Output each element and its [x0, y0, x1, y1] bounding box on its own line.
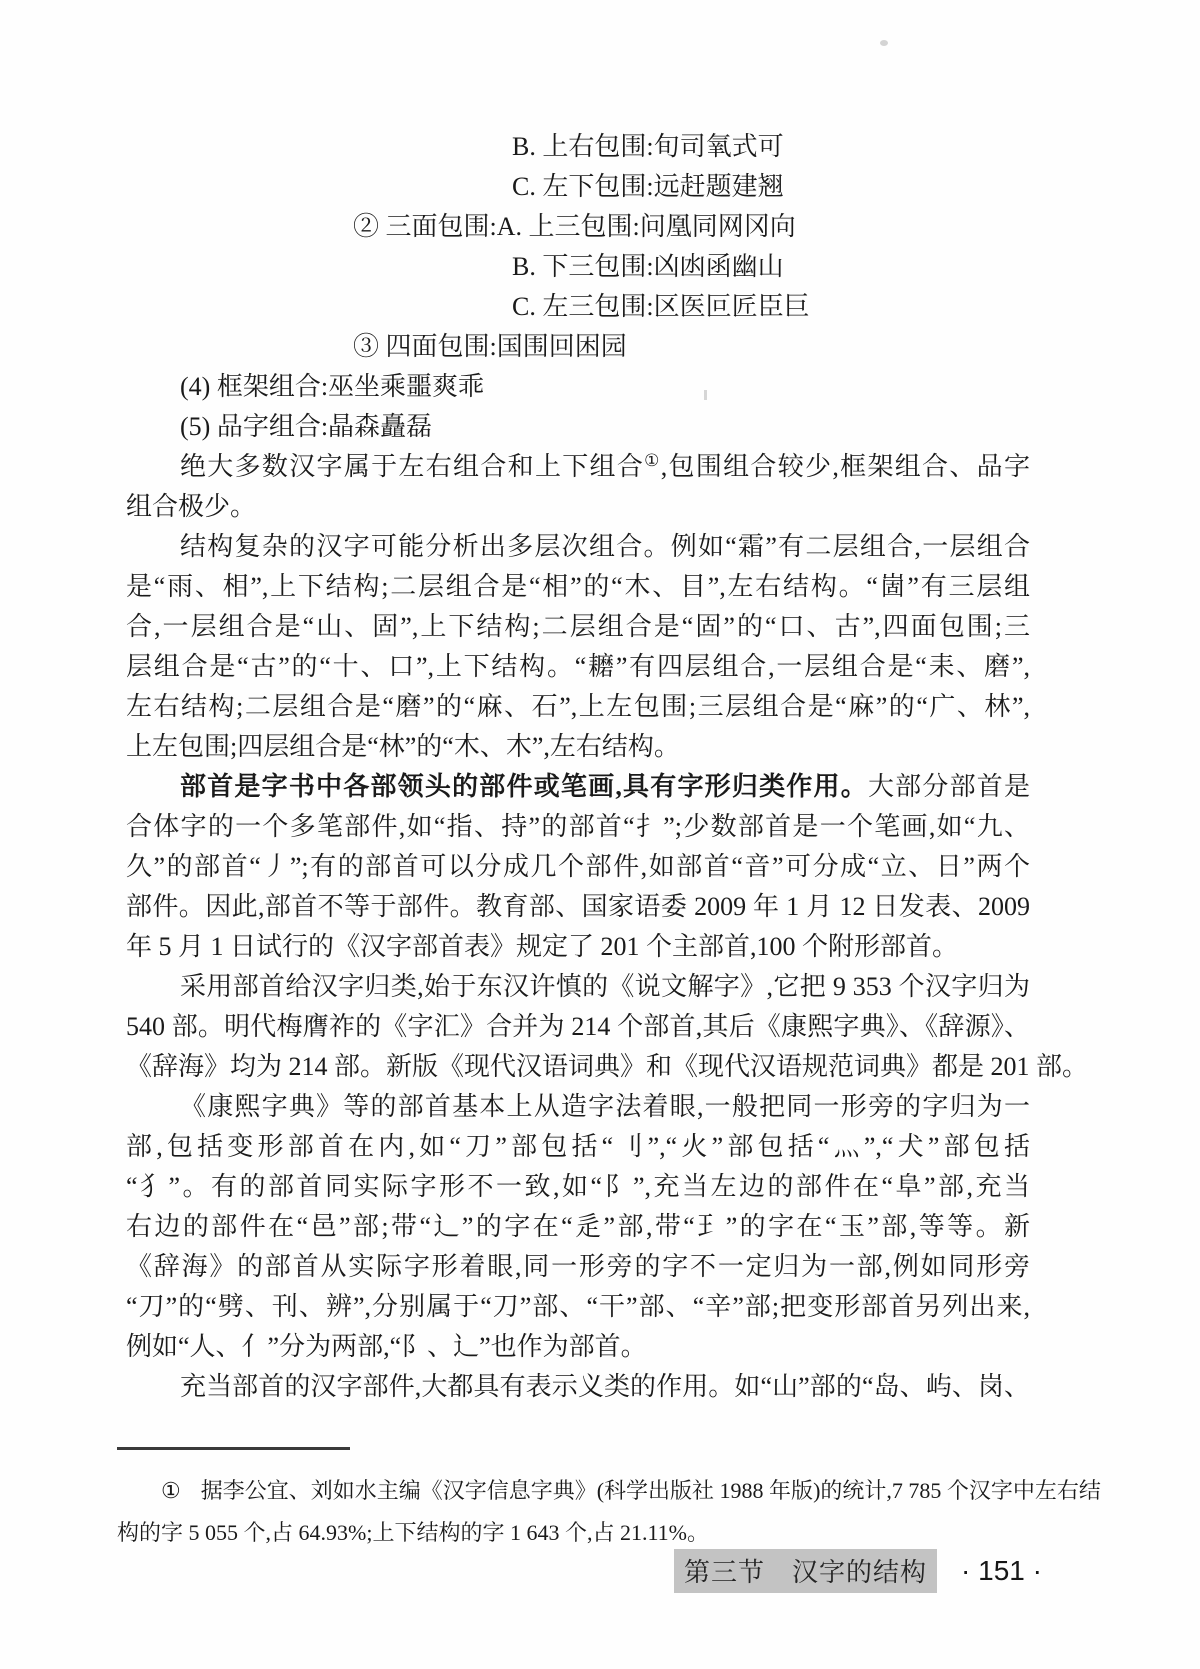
page-number: · 151 ·: [961, 1555, 1042, 1587]
scan-artifact: [880, 40, 888, 46]
paragraph-line: 结构复杂的汉字可能分析出多层次组合。例如“霜”有二层组合,一层组合: [126, 527, 1030, 567]
paragraph-line: “犭”。有的部首同实际字形不一致,如“阝”,充当左边的部件在“阜”部,充当: [126, 1167, 1030, 1207]
paragraph-line: 层组合是“古”的“十、口”,上下结构。“耱”有四层组合,一层组合是“耒、磨”,: [126, 647, 1030, 687]
page-body: B. 上右包围:旬司氧式可 C. 左下包围:远赶题建翘 ② 三面包围:A. 上三…: [126, 127, 1030, 1407]
footnote-marker: ①: [161, 1478, 181, 1503]
paragraph-line: 是“雨、相”,上下结构;二层组合是“相”的“木、目”,左右结构。“崮”有三层组: [126, 567, 1030, 607]
outline-line: (5) 品字组合:晶森矗磊: [126, 407, 1030, 447]
footnote-line: ①据李公宜、刘如水主编《汉字信息字典》(科学出版社 1988 年版)的统计,7 …: [117, 1470, 1035, 1512]
footnote-divider: [117, 1447, 350, 1450]
outline-line: ② 三面包围:A. 上三包围:问凰同网冈向: [126, 207, 1030, 247]
footnote: ①据李公宜、刘如水主编《汉字信息字典》(科学出版社 1988 年版)的统计,7 …: [117, 1470, 1035, 1554]
footnote-text: 据李公宜、刘如水主编《汉字信息字典》(科学出版社 1988 年版)的统计,7 7…: [201, 1478, 1101, 1503]
paragraph-line: 采用部首给汉字归类,始于东汉许慎的《说文解字》,它把 9 353 个汉字归为: [126, 967, 1030, 1007]
paragraph-line: 部,包括变形部首在内,如“刀”部包括“刂”,“火”部包括“灬”,“犬”部包括: [126, 1127, 1030, 1167]
paragraph-line: 充当部首的汉字部件,大都具有表示义类的作用。如“山”部的“岛、屿、岗、: [126, 1367, 1030, 1407]
paragraph-line: 《辞海》均为 214 部。新版《现代汉语词典》和《现代汉语规范词典》都是 201…: [126, 1047, 1030, 1087]
paragraph-line: 合体字的一个多笔部件,如“指、持”的部首“扌”;少数部首是一个笔画,如“九、: [126, 807, 1030, 847]
scan-artifact: [704, 390, 707, 400]
paragraph-line: 《辞海》的部首从实际字形着眼,同一形旁的字不一定归为一部,例如同形旁: [126, 1247, 1030, 1287]
paragraph-line: 540 部。明代梅膺祚的《字汇》合并为 214 个部首,其后《康熙字典》、《辞源…: [126, 1007, 1030, 1047]
paragraph-line: 右边的部件在“邑”部;带“辶”的字在“辵”部,带“𤣩”的字在“玉”部,等等。新: [126, 1207, 1030, 1247]
paragraph-line: 上左包围;四层组合是“林”的“木、木”,左右结构。: [126, 727, 1030, 767]
paragraph-line: “刀”的“劈、刊、辨”,分别属于“刀”部、“干”部、“辛”部;把变形部首另列出来…: [126, 1287, 1030, 1327]
outline-line: B. 下三包围:凶凼函幽山: [126, 247, 1030, 287]
outline-line: (4) 框架组合:巫坐乘噩爽乖: [126, 367, 1030, 407]
paragraph-line: 《康熙字典》等的部首基本上从造字法着眼,一般把同一形旁的字归为一: [126, 1087, 1030, 1127]
paragraph-line: 年 5 月 1 日试行的《汉字部首表》规定了 201 个主部首,100 个附形部…: [126, 927, 1030, 967]
outline-line: C. 左三包围:区医叵匠臣巨: [126, 287, 1030, 327]
paragraph-line: 合,一层组合是“山、固”,上下结构;二层组合是“固”的“口、古”,四面包围;三: [126, 607, 1030, 647]
paragraph-text: ,包围组合较少,框架组合、品字: [661, 452, 1030, 481]
paragraph-line: 绝大多数汉字属于左右组合和上下组合①,包围组合较少,框架组合、品字: [126, 447, 1030, 487]
textbook-page: B. 上右包围:旬司氧式可 C. 左下包围:远赶题建翘 ② 三面包围:A. 上三…: [0, 0, 1200, 1669]
footnote-ref: ①: [644, 451, 661, 470]
paragraph-line: 久”的部首“丿”;有的部首可以分成几个部件,如部首“音”可分成“立、日”两个: [126, 847, 1030, 887]
paragraph-line: 左右结构;二层组合是“磨”的“麻、石”,上左包围;三层组合是“麻”的“广、林”,: [126, 687, 1030, 727]
outline-line: B. 上右包围:旬司氧式可: [126, 127, 1030, 167]
footnote-line: 构的字 5 055 个,占 64.93%;上下结构的字 1 643 个,占 21…: [117, 1512, 1035, 1554]
page-footer: 第三节 汉字的结构 · 151 ·: [674, 1549, 1042, 1593]
paragraph-text: 绝大多数汉字属于左右组合和上下组合: [180, 452, 644, 481]
paragraph-text: 大部分部首是: [868, 772, 1030, 801]
running-footer-section: 第三节 汉字的结构: [674, 1549, 937, 1593]
paragraph-line: 组合极少。: [126, 487, 1030, 527]
outline-line: ③ 四面包围:国围回困园: [126, 327, 1030, 367]
paragraph-line: 部首是字书中各部领头的部件或笔画,具有字形归类作用。大部分部首是: [126, 767, 1030, 807]
outline-line: C. 左下包围:远赶题建翘: [126, 167, 1030, 207]
paragraph-line: 例如“人、亻”分为两部,“阝、辶”也作为部首。: [126, 1327, 1030, 1367]
bold-key-sentence: 部首是字书中各部领头的部件或笔画,具有字形归类作用。: [180, 772, 868, 801]
paragraph-line: 部件。因此,部首不等于部件。教育部、国家语委 2009 年 1 月 12 日发表…: [126, 887, 1030, 927]
